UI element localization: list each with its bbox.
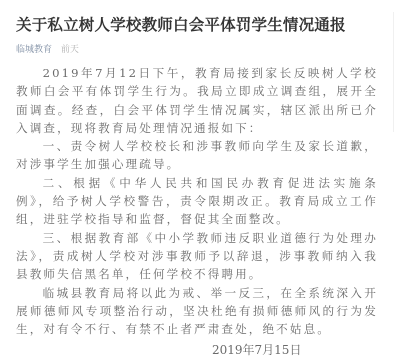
- paragraph-intro: 2019年7月12日下午，教育局接到家长反映树人学校教师白会平有体罚学生行为。我…: [16, 64, 378, 137]
- notice-document: 2019年7月12日下午，教育局接到家长反映树人学校教师白会平有体罚学生行为。我…: [16, 64, 378, 338]
- article-meta: 临城教育 前天: [16, 42, 79, 55]
- paragraph-item-2: 二、根据《中华人民共和国民办教育促进法实施条例》，给予树人学校警告，责令限期改正…: [16, 174, 378, 229]
- source-name[interactable]: 临城教育: [16, 45, 52, 55]
- page-edge-divider: [393, 12, 400, 132]
- document-date: 2019年7月15日: [212, 341, 301, 358]
- paragraph-item-1: 一、责令树人学校校长和涉事教师向学生及家长道歉，对涉事学生加强心理疏导。: [16, 137, 378, 174]
- paragraph-conclusion: 临城县教育局将以此为戒、举一反三，在全系统深入开展师德师风专项整治行动，坚决杜绝…: [16, 284, 378, 339]
- paragraph-item-3: 三、根据教育部《中小学教师违反职业道德行为处理办法》，责成树人学校对涉事教师予以…: [16, 229, 378, 284]
- publish-time: 前天: [61, 45, 79, 55]
- article-title: 关于私立树人学校教师白会平体罚学生情况通报: [16, 13, 346, 35]
